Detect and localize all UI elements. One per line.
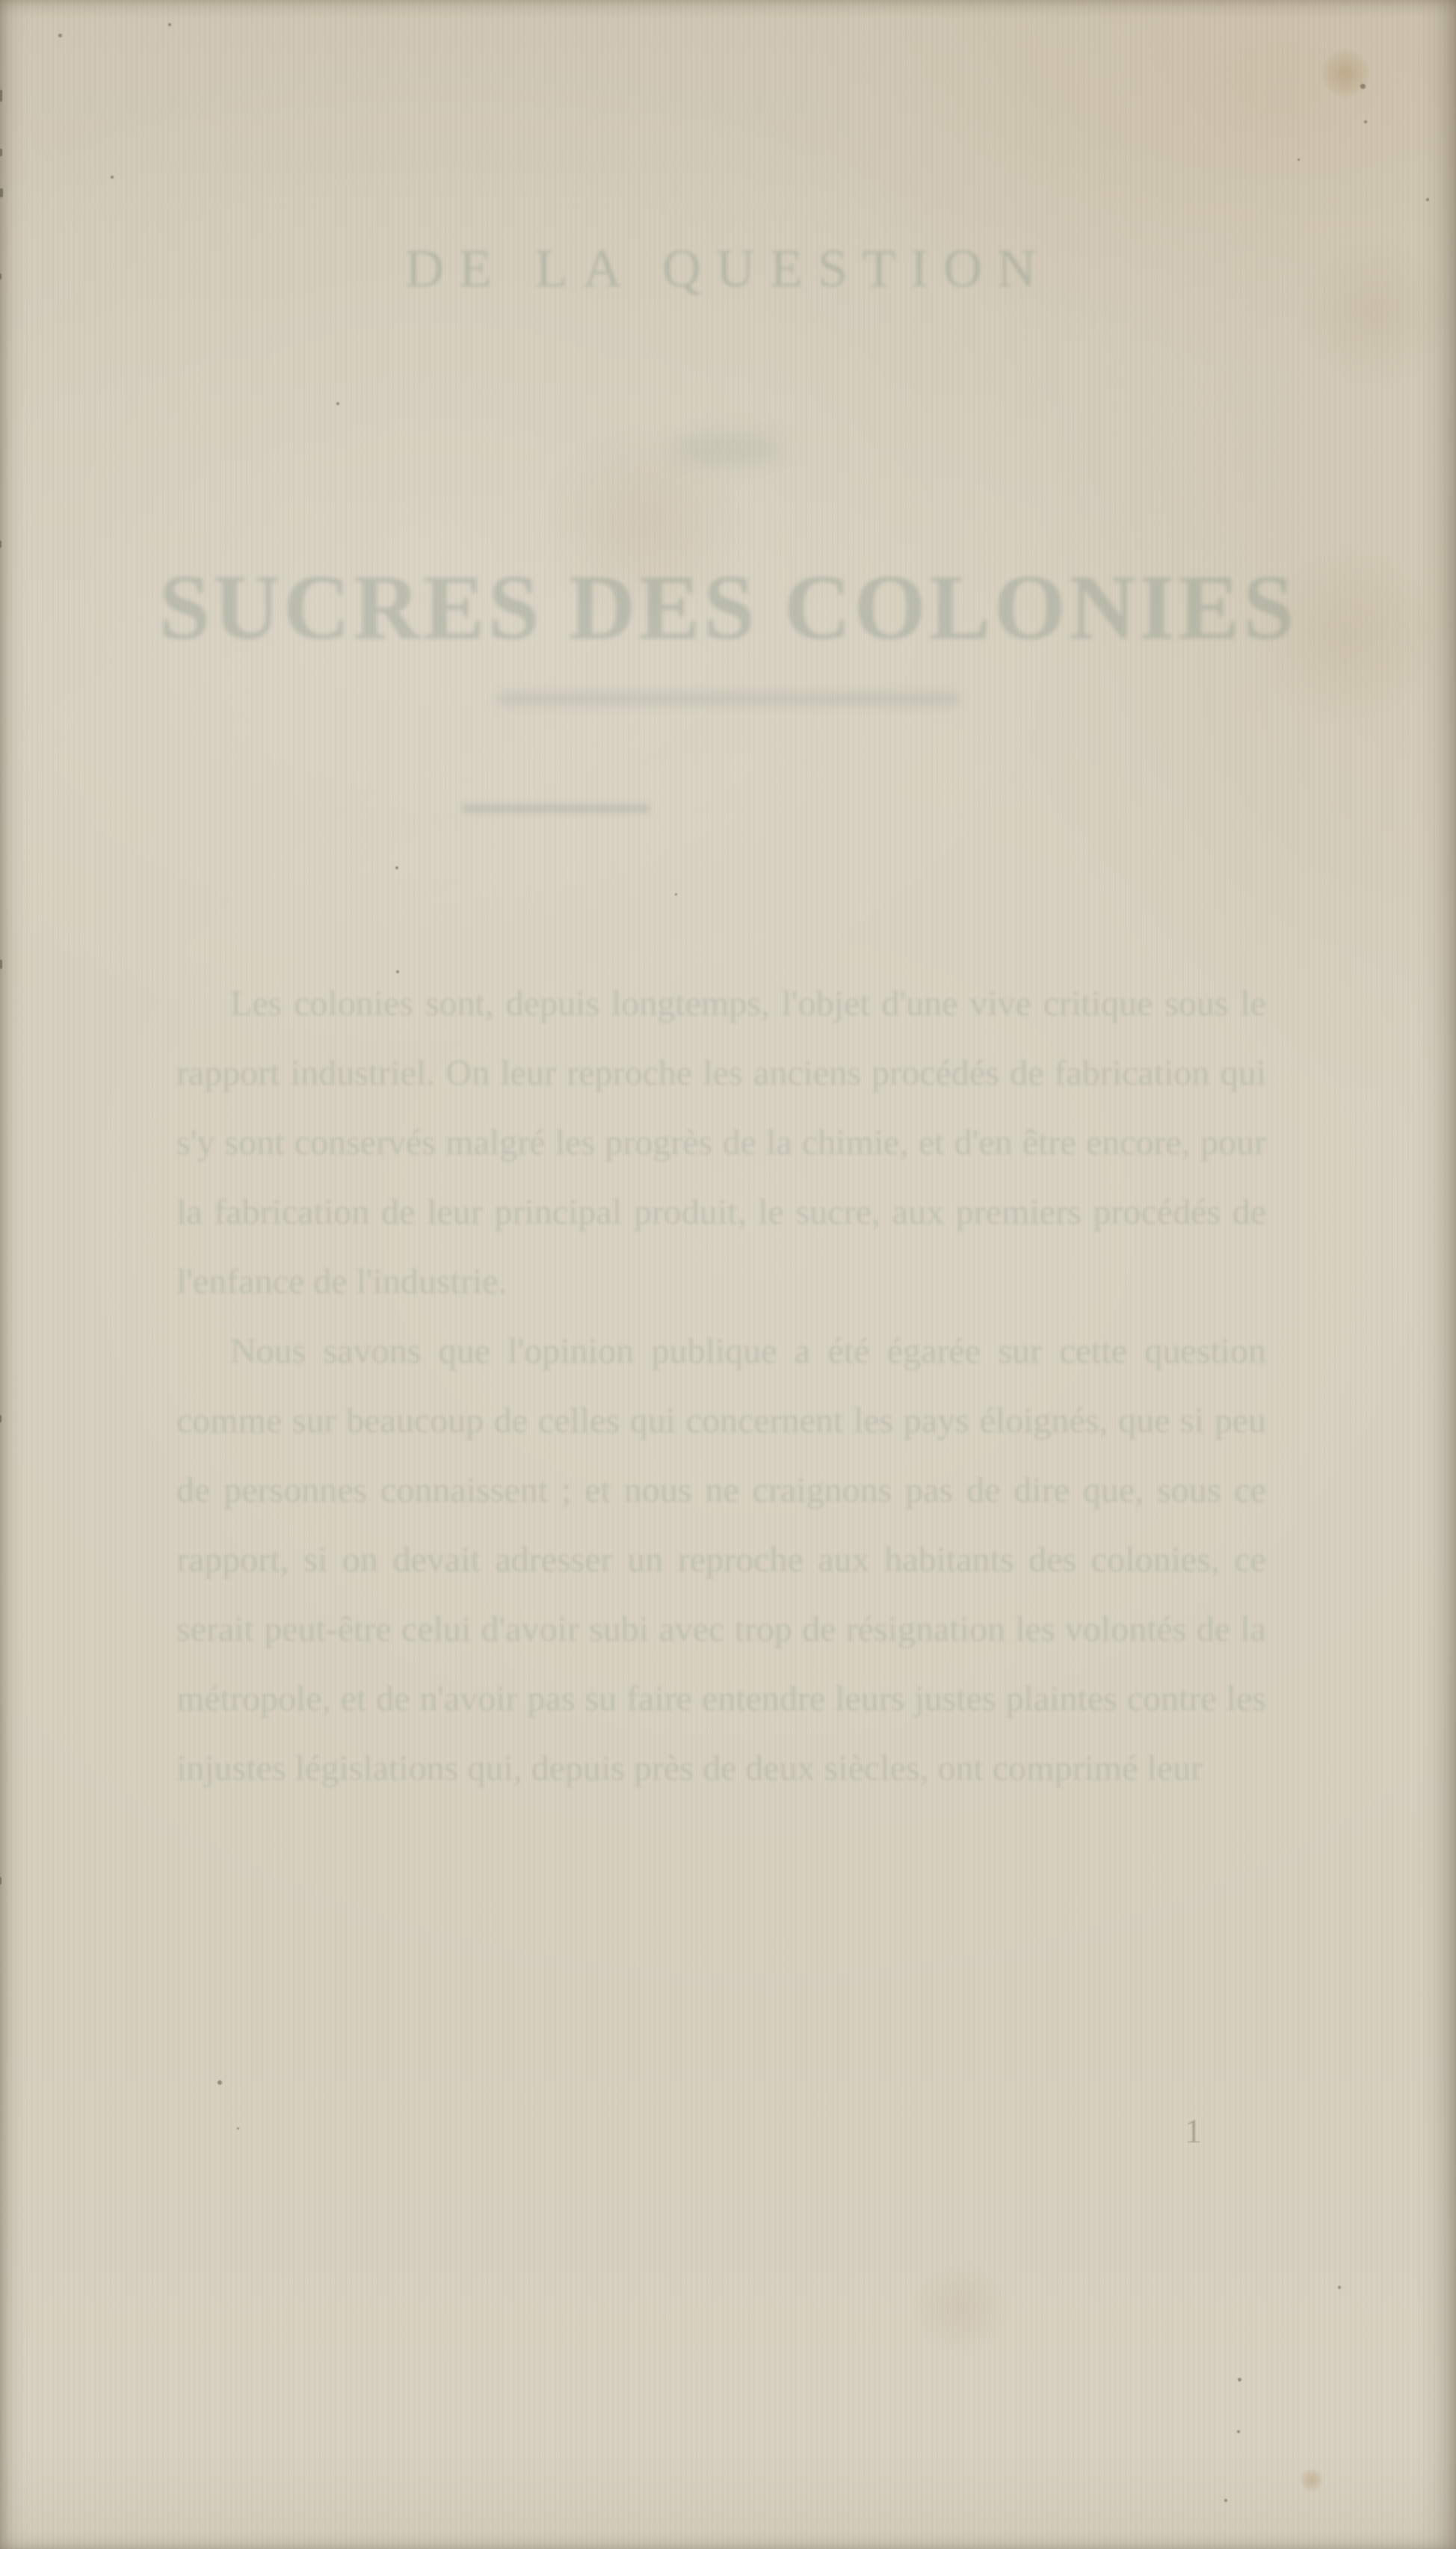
foxing-stain xyxy=(1321,49,1369,97)
ghost-subtitle-blur xyxy=(496,692,960,706)
ink-speck xyxy=(395,866,398,869)
ghost-paragraph-2: Nous savons que l'opinion publique a été… xyxy=(176,1316,1266,1803)
ink-speck xyxy=(111,176,114,179)
ink-speck xyxy=(1238,2378,1241,2382)
ink-speck xyxy=(218,2080,222,2085)
ghost-body-text: Les colonies sont, depuis longtemps, l'o… xyxy=(176,969,1266,1803)
ghost-heading-line: DE LA QUESTION xyxy=(0,238,1456,300)
page-edge-mark xyxy=(0,149,2,156)
ghost-page-number: 1 xyxy=(1185,2111,1202,2151)
foxing-stain xyxy=(1301,2469,1323,2491)
page-edge-mark xyxy=(0,1415,1,1423)
ink-speck xyxy=(396,970,399,973)
page-edge-mark xyxy=(0,540,1,548)
page-edge-mark xyxy=(0,188,3,197)
paper-smudge xyxy=(538,419,747,628)
ink-speck xyxy=(1237,2430,1240,2433)
ink-speck xyxy=(1360,84,1366,89)
page-edge-mark xyxy=(0,90,2,102)
page-scan: DE LA QUESTION SUCRES DES COLONIES Les c… xyxy=(0,0,1456,2549)
ink-speck xyxy=(1298,158,1300,161)
ink-speck xyxy=(336,402,339,405)
paper-smudge xyxy=(1256,546,1435,725)
page-edge-mark xyxy=(0,1877,1,1884)
ink-speck xyxy=(1338,2286,1341,2289)
page-edge-mark xyxy=(0,960,2,969)
ink-speck xyxy=(237,2127,239,2130)
ink-speck xyxy=(1364,120,1367,123)
ink-speck xyxy=(58,34,62,37)
ink-speck xyxy=(168,23,171,26)
paper-smudge xyxy=(913,2258,1010,2355)
paper-smudge xyxy=(1301,239,1450,389)
page-edge-mark xyxy=(0,274,1,280)
ink-speck xyxy=(1426,198,1429,201)
ghost-paragraph-1: Les colonies sont, depuis longtemps, l'o… xyxy=(176,969,1266,1316)
ink-speck xyxy=(675,893,677,896)
ink-speck xyxy=(1224,2499,1227,2502)
ghost-separator-rule xyxy=(462,804,650,813)
